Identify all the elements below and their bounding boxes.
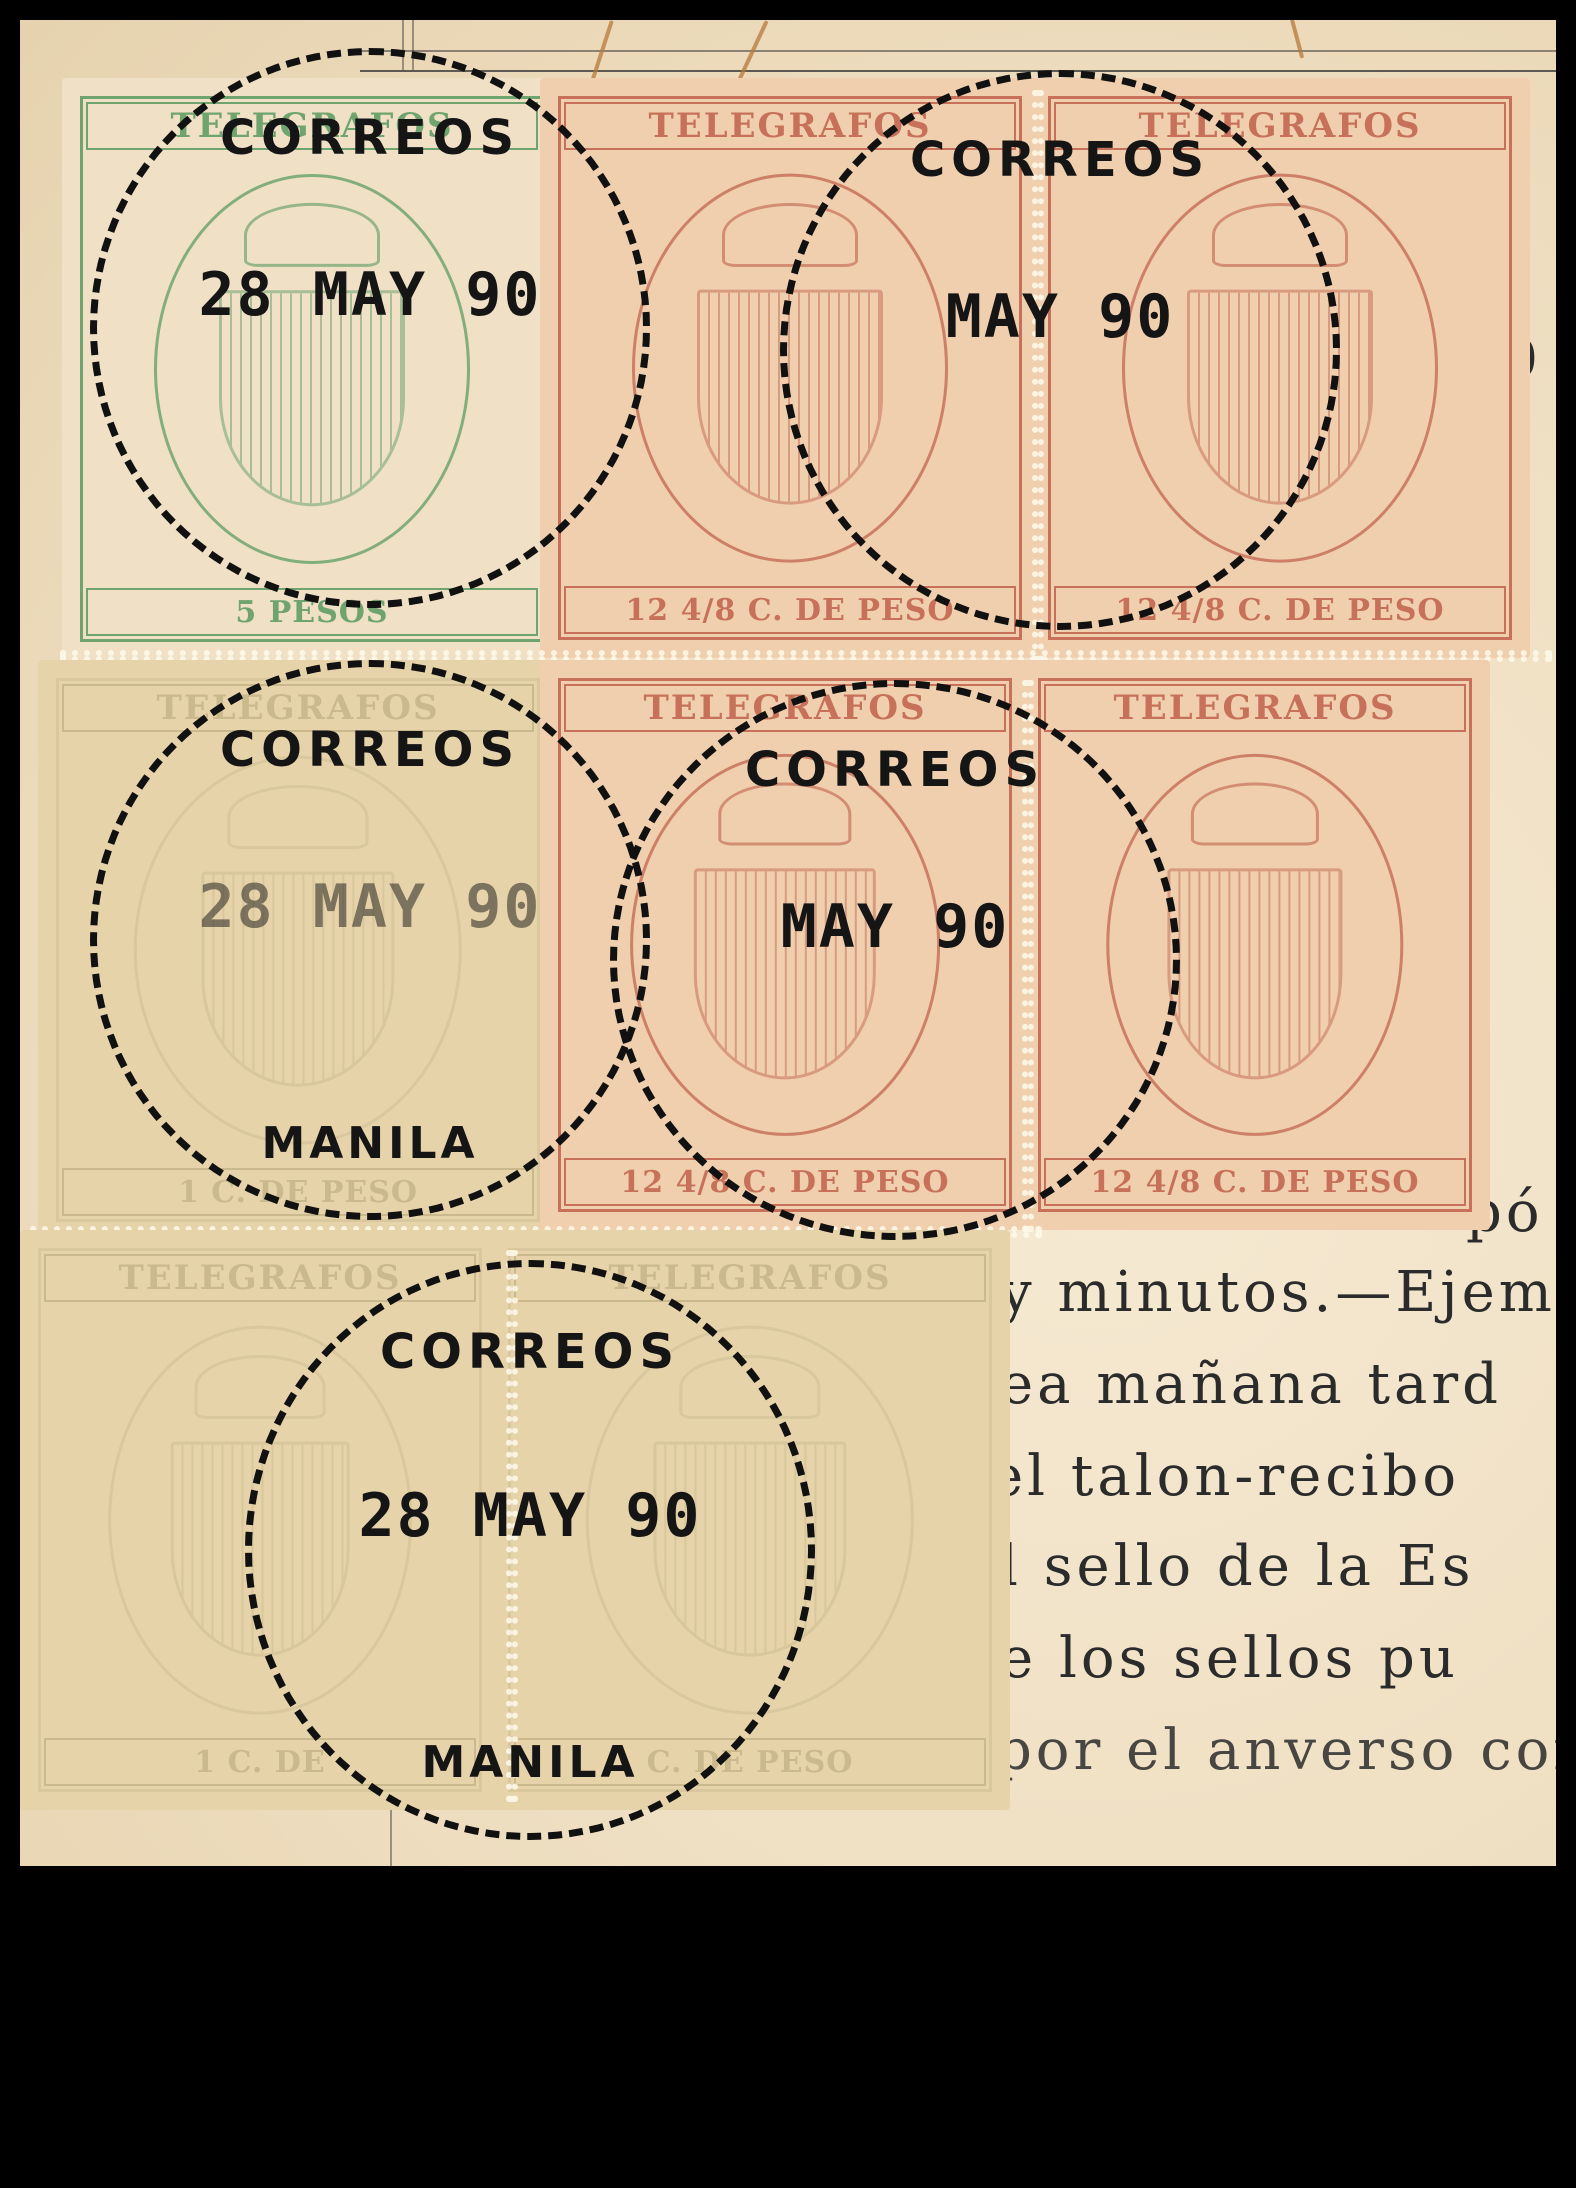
postmark-cancellation: CORREOS MAY 90	[610, 680, 1180, 1240]
postmark-cancellation: CORREOS 28 MAY 90 MANILA	[90, 660, 650, 1220]
doc-line: el talon-recibo	[990, 1444, 1460, 1509]
postmark-cancellation: CORREOS MAY 90	[780, 70, 1340, 630]
stamp-value-label: 12 4/8 C. DE PESO	[1044, 1158, 1466, 1206]
doc-line: e los sellos pu	[1000, 1626, 1459, 1691]
ruled-line	[360, 50, 1556, 52]
doc-line: y minutos.—Ejem	[1000, 1260, 1556, 1325]
stamp-top-label: TELEGRAFOS	[1044, 684, 1466, 732]
postmark-cancellation: CORREOS 28 MAY 90 MANILA	[245, 1260, 815, 1840]
doc-line: ea mañana tard	[1000, 1352, 1502, 1417]
shield-icon	[1167, 868, 1342, 1079]
stamp-document-photo: D pó y minutos.—Ejem ea mañana tard el t…	[20, 20, 1556, 1866]
doc-line: l sello de la Es	[1000, 1534, 1474, 1599]
pen-stroke	[1290, 20, 1304, 59]
ruled-line	[360, 70, 1556, 72]
postmark-cancellation: CORREOS 28 MAY 90	[90, 48, 650, 608]
pen-stroke	[735, 20, 768, 85]
